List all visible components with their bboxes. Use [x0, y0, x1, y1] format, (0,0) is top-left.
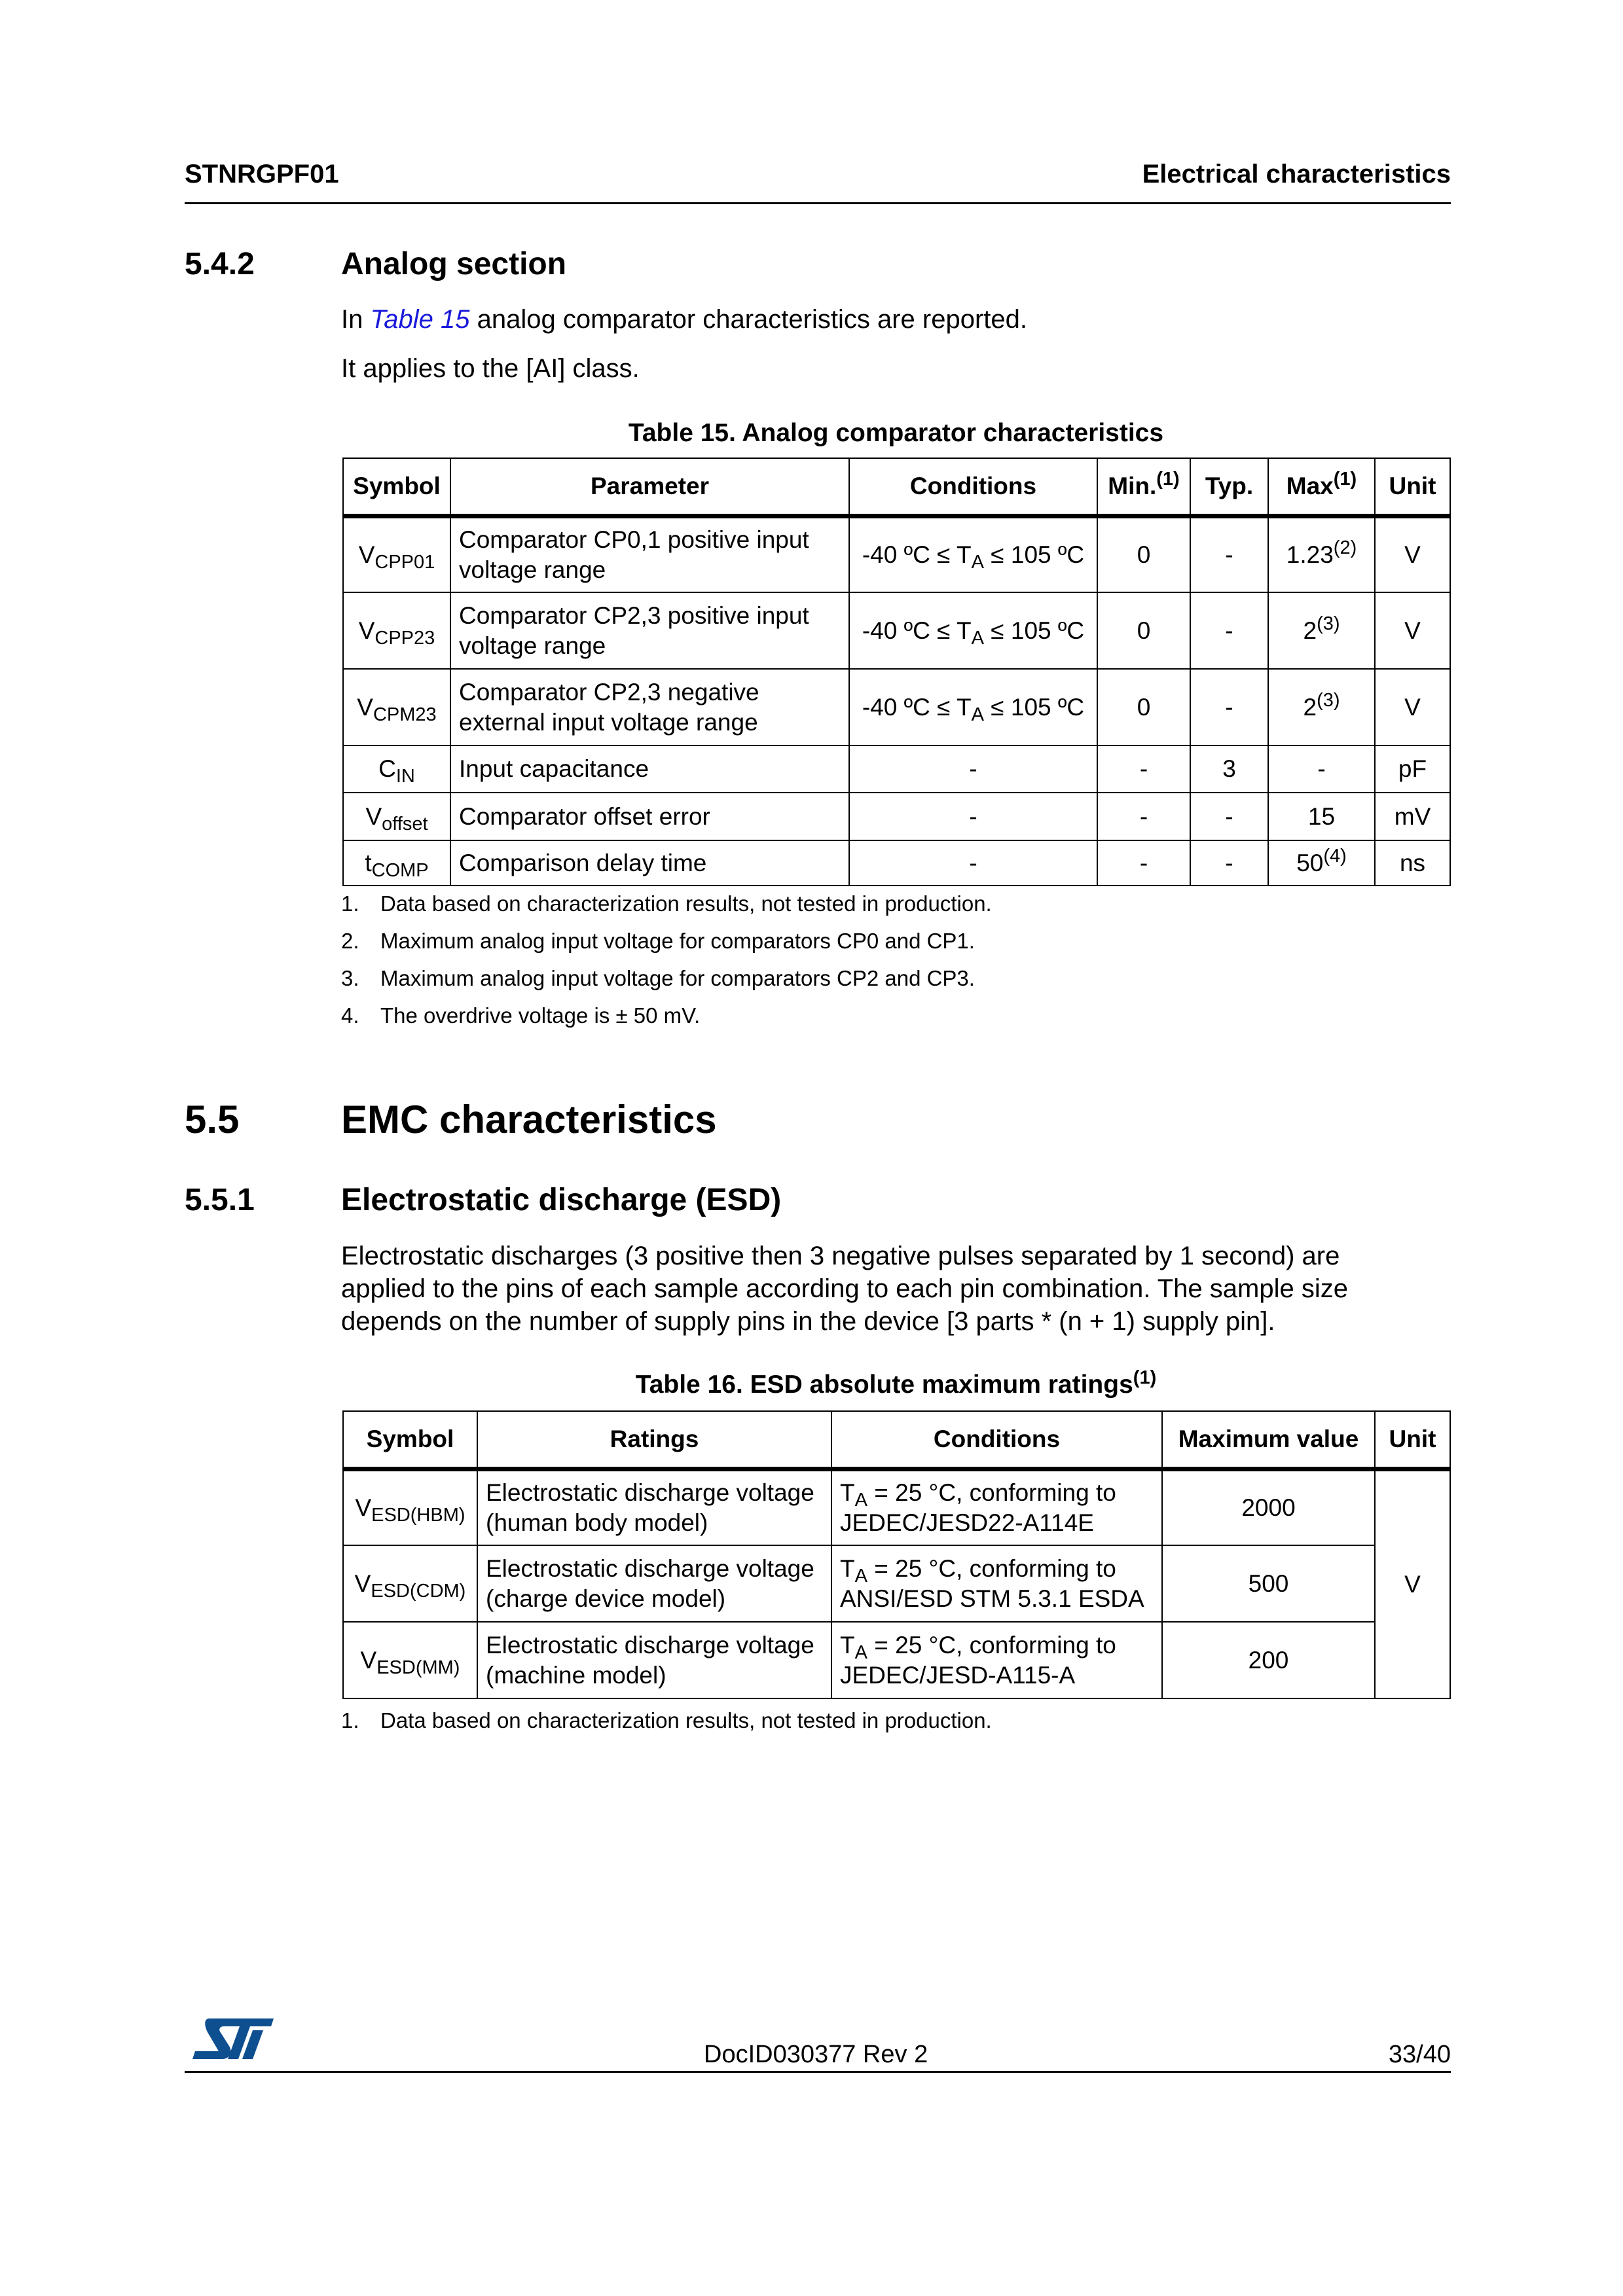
conditions-cell: -: [849, 745, 1097, 793]
header-rule: [185, 202, 1451, 204]
min-cell: -: [1097, 745, 1190, 793]
max-cell: -: [1268, 745, 1375, 793]
parameter-cell: Comparator CP2,3 positive inputvoltage r…: [450, 592, 849, 669]
unit-cell: V: [1375, 1469, 1450, 1698]
intro-text-suffix: analog comparator characteristics are re…: [469, 305, 1027, 334]
ratings-cell: Electrostatic discharge voltage(machine …: [477, 1622, 831, 1698]
class-paragraph: It applies to the [AI] class.: [341, 352, 640, 385]
table-row: VCPP01Comparator CP0,1 positive inputvol…: [343, 516, 1450, 592]
footer-doc-id: DocID030377 Rev 2: [704, 2041, 928, 2069]
st-logo-icon: [190, 2017, 275, 2060]
typ-cell: -: [1190, 516, 1268, 592]
symbol-cell: tCOMP: [343, 840, 450, 886]
esd-paragraph-line: Electrostatic discharges (3 positive the…: [341, 1240, 1348, 1272]
unit-cell: V: [1375, 669, 1450, 745]
max-cell: 1.23(2): [1268, 516, 1375, 592]
min-cell: -: [1097, 840, 1190, 886]
table-row: VCPM23Comparator CP2,3 negativeexternal …: [343, 669, 1450, 745]
conditions-cell: TA = 25 °C, conforming toJEDEC/JESD22-A1…: [831, 1469, 1162, 1545]
section-number: 5.5: [185, 1097, 239, 1142]
header-product-name: STNRGPF01: [185, 160, 339, 189]
conditions-cell: -40 ºC ≤ TA ≤ 105 ºC: [849, 516, 1097, 592]
esd-paragraph: Electrostatic discharges (3 positive the…: [341, 1240, 1348, 1338]
symbol-cell: VCPP01: [343, 516, 450, 592]
symbol-cell: VESD(HBM): [343, 1469, 477, 1545]
symbol-cell: VCPM23: [343, 669, 450, 745]
col-symbol: Symbol: [343, 1411, 477, 1469]
section-title: Analog section: [341, 246, 566, 282]
unit-cell: V: [1375, 592, 1450, 669]
table-row: VoffsetComparator offset error---15mV: [343, 793, 1450, 840]
symbol-cell: VCPP23: [343, 592, 450, 669]
min-cell: 0: [1097, 669, 1190, 745]
footer-rule: [185, 2071, 1451, 2073]
symbol-cell: VESD(MM): [343, 1622, 477, 1698]
col-conditions: Conditions: [849, 458, 1097, 516]
min-cell: -: [1097, 793, 1190, 840]
col-ratings: Ratings: [477, 1411, 831, 1469]
table-16: Symbol Ratings Conditions Maximum value …: [342, 1410, 1451, 1699]
col-min: Min.(1): [1097, 458, 1190, 516]
table-15-caption: Table 15. Analog comparator characterist…: [342, 419, 1450, 448]
table-15-link[interactable]: Table 15: [370, 305, 469, 334]
ratings-cell: Electrostatic discharge voltage(human bo…: [477, 1469, 831, 1545]
max-value-cell: 500: [1162, 1545, 1375, 1622]
table-row: tCOMPComparison delay time---50(4)ns: [343, 840, 1450, 886]
typ-cell: -: [1190, 793, 1268, 840]
max-cell: 2(3): [1268, 592, 1375, 669]
table-15: Symbol Parameter Conditions Min.(1) Typ.…: [342, 457, 1451, 886]
col-typ: Typ.: [1190, 458, 1268, 516]
unit-cell: ns: [1375, 840, 1450, 886]
conditions-cell: -40 ºC ≤ TA ≤ 105 ºC: [849, 669, 1097, 745]
footer-page-number: 33/40: [1389, 2041, 1451, 2069]
col-symbol: Symbol: [343, 458, 450, 516]
max-cell: 50(4): [1268, 840, 1375, 886]
conditions-cell: -: [849, 793, 1097, 840]
section-number: 5.4.2: [185, 246, 255, 282]
unit-cell: pF: [1375, 745, 1450, 793]
col-conditions: Conditions: [831, 1411, 1162, 1469]
symbol-cell: VESD(CDM): [343, 1545, 477, 1622]
typ-cell: 3: [1190, 745, 1268, 793]
section-title: EMC characteristics: [341, 1097, 717, 1142]
symbol-cell: Voffset: [343, 793, 450, 840]
max-value-cell: 200: [1162, 1622, 1375, 1698]
max-cell: 2(3): [1268, 669, 1375, 745]
table-row: VESD(MM)Electrostatic discharge voltage(…: [343, 1622, 1450, 1698]
typ-cell: -: [1190, 592, 1268, 669]
section-number: 5.5.1: [185, 1182, 255, 1218]
col-max: Max(1): [1268, 458, 1375, 516]
ratings-cell: Electrostatic discharge voltage(charge d…: [477, 1545, 831, 1622]
table-row: CINInput capacitance--3-pF: [343, 745, 1450, 793]
section-title: Electrostatic discharge (ESD): [341, 1182, 781, 1218]
conditions-cell: -40 ºC ≤ TA ≤ 105 ºC: [849, 592, 1097, 669]
parameter-cell: Comparison delay time: [450, 840, 849, 886]
max-value-cell: 2000: [1162, 1469, 1375, 1545]
parameter-cell: Comparator CP0,1 positive inputvoltage r…: [450, 516, 849, 592]
min-cell: 0: [1097, 516, 1190, 592]
parameter-cell: Comparator CP2,3 negativeexternal input …: [450, 669, 849, 745]
parameter-cell: Input capacitance: [450, 745, 849, 793]
max-cell: 15: [1268, 793, 1375, 840]
table-row: VCPP23Comparator CP2,3 positive inputvol…: [343, 592, 1450, 669]
min-cell: 0: [1097, 592, 1190, 669]
intro-paragraph: In Table 15 analog comparator characteri…: [341, 303, 1027, 336]
symbol-cell: CIN: [343, 745, 450, 793]
col-unit: Unit: [1375, 458, 1450, 516]
col-parameter: Parameter: [450, 458, 849, 516]
col-max-value: Maximum value: [1162, 1411, 1375, 1469]
conditions-cell: TA = 25 °C, conforming toJEDEC/JESD-A115…: [831, 1622, 1162, 1698]
esd-paragraph-line: applied to the pins of each sample accor…: [341, 1272, 1348, 1305]
typ-cell: -: [1190, 840, 1268, 886]
esd-paragraph-line: depends on the number of supply pins in …: [341, 1305, 1348, 1338]
table-16-caption: Table 16. ESD absolute maximum ratings(1…: [342, 1371, 1450, 1399]
col-unit: Unit: [1375, 1411, 1450, 1469]
header-chapter-title: Electrical characteristics: [1142, 160, 1451, 189]
unit-cell: V: [1375, 516, 1450, 592]
intro-text: In: [341, 305, 370, 334]
unit-cell: mV: [1375, 793, 1450, 840]
table-row: VESD(HBM)Electrostatic discharge voltage…: [343, 1469, 1450, 1545]
conditions-cell: TA = 25 °C, conforming toANSI/ESD STM 5.…: [831, 1545, 1162, 1622]
typ-cell: -: [1190, 669, 1268, 745]
table-row: VESD(CDM)Electrostatic discharge voltage…: [343, 1545, 1450, 1622]
parameter-cell: Comparator offset error: [450, 793, 849, 840]
conditions-cell: -: [849, 840, 1097, 886]
